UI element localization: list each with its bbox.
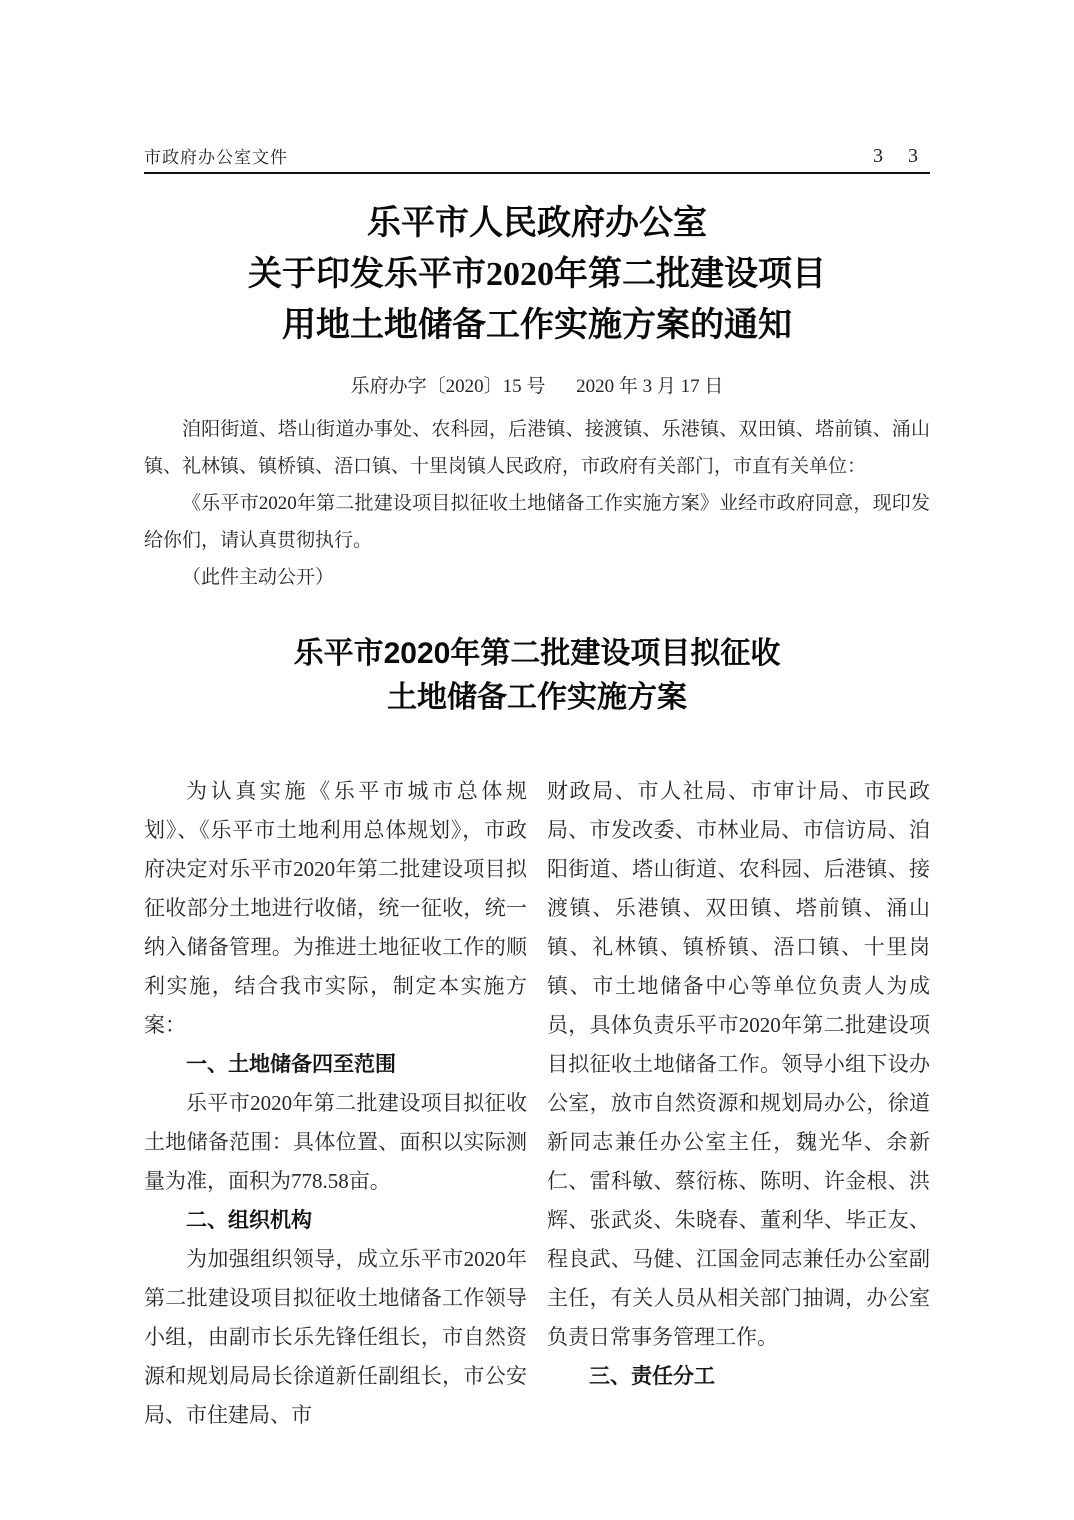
main-title-line: 用地土地储备工作实施方案的通知 <box>144 300 930 351</box>
document-page: 市政府办公室文件 3 3 乐平市人民政府办公室关于印发乐平市2020年第二批建设… <box>0 0 1074 1520</box>
plan-subtitle: 乐平市2020年第二批建设项目拟征收土地储备工作实施方案 <box>144 632 930 720</box>
intro-paragraph: 《乐平市2020年第二批建设项目拟征收土地储备工作实施方案》业经市政府同意，现印… <box>144 485 930 559</box>
section-heading: 一、土地储备四至范围 <box>144 1045 527 1084</box>
intro-paragraphs: 洎阳街道、塔山街道办事处、农科园，后港镇、接渡镇、乐港镇、双田镇、塔前镇、涌山镇… <box>144 411 930 596</box>
intro-paragraph: （此件主动公开） <box>144 559 930 596</box>
section-heading: 三、责任分工 <box>547 1357 930 1396</box>
main-title-line: 关于印发乐平市2020年第二批建设项目 <box>144 249 930 300</box>
plan-subtitle-line: 土地储备工作实施方案 <box>144 676 930 720</box>
body-paragraph: 为认真实施《乐平市城市总体规划》、《乐平市土地利用总体规划》，市政府决定对乐平市… <box>144 772 527 1045</box>
intro-paragraph: 洎阳街道、塔山街道办事处、农科园，后港镇、接渡镇、乐港镇、双田镇、塔前镇、涌山镇… <box>144 411 930 485</box>
main-title: 乐平市人民政府办公室关于印发乐平市2020年第二批建设项目用地土地储备工作实施方… <box>144 198 930 351</box>
left-column: 为认真实施《乐平市城市总体规划》、《乐平市土地利用总体规划》，市政府决定对乐平市… <box>144 772 527 1435</box>
plan-subtitle-line: 乐平市2020年第二批建设项目拟征收 <box>144 632 930 676</box>
page-number: 3 3 <box>873 145 930 168</box>
doc-date: 2020 年 3 月 17 日 <box>576 376 723 397</box>
doc-number: 乐府办字〔2020〕15 号 <box>351 376 546 397</box>
document-header: 市政府办公室文件 3 3 <box>144 143 930 174</box>
right-column: 财政局、市人社局、市审计局、市民政局、市发改委、市林业局、市信访局、洎阳街道、塔… <box>547 772 930 1435</box>
two-column-body: 为认真实施《乐平市城市总体规划》、《乐平市土地利用总体规划》，市政府决定对乐平市… <box>144 772 930 1435</box>
header-label: 市政府办公室文件 <box>144 143 288 168</box>
body-paragraph: 为加强组织领导，成立乐平市2020年第二批建设项目拟征收土地储备工作领导小组，由… <box>144 1240 527 1435</box>
main-title-line: 乐平市人民政府办公室 <box>144 198 930 249</box>
doc-number-line: 乐府办字〔2020〕15 号 2020 年 3 月 17 日 <box>144 371 930 398</box>
section-heading: 二、组织机构 <box>144 1201 527 1240</box>
body-paragraph: 财政局、市人社局、市审计局、市民政局、市发改委、市林业局、市信访局、洎阳街道、塔… <box>547 772 930 1357</box>
body-paragraph: 乐平市2020年第二批建设项目拟征收土地储备范围：具体位置、面积以实际测量为准，… <box>144 1084 527 1201</box>
